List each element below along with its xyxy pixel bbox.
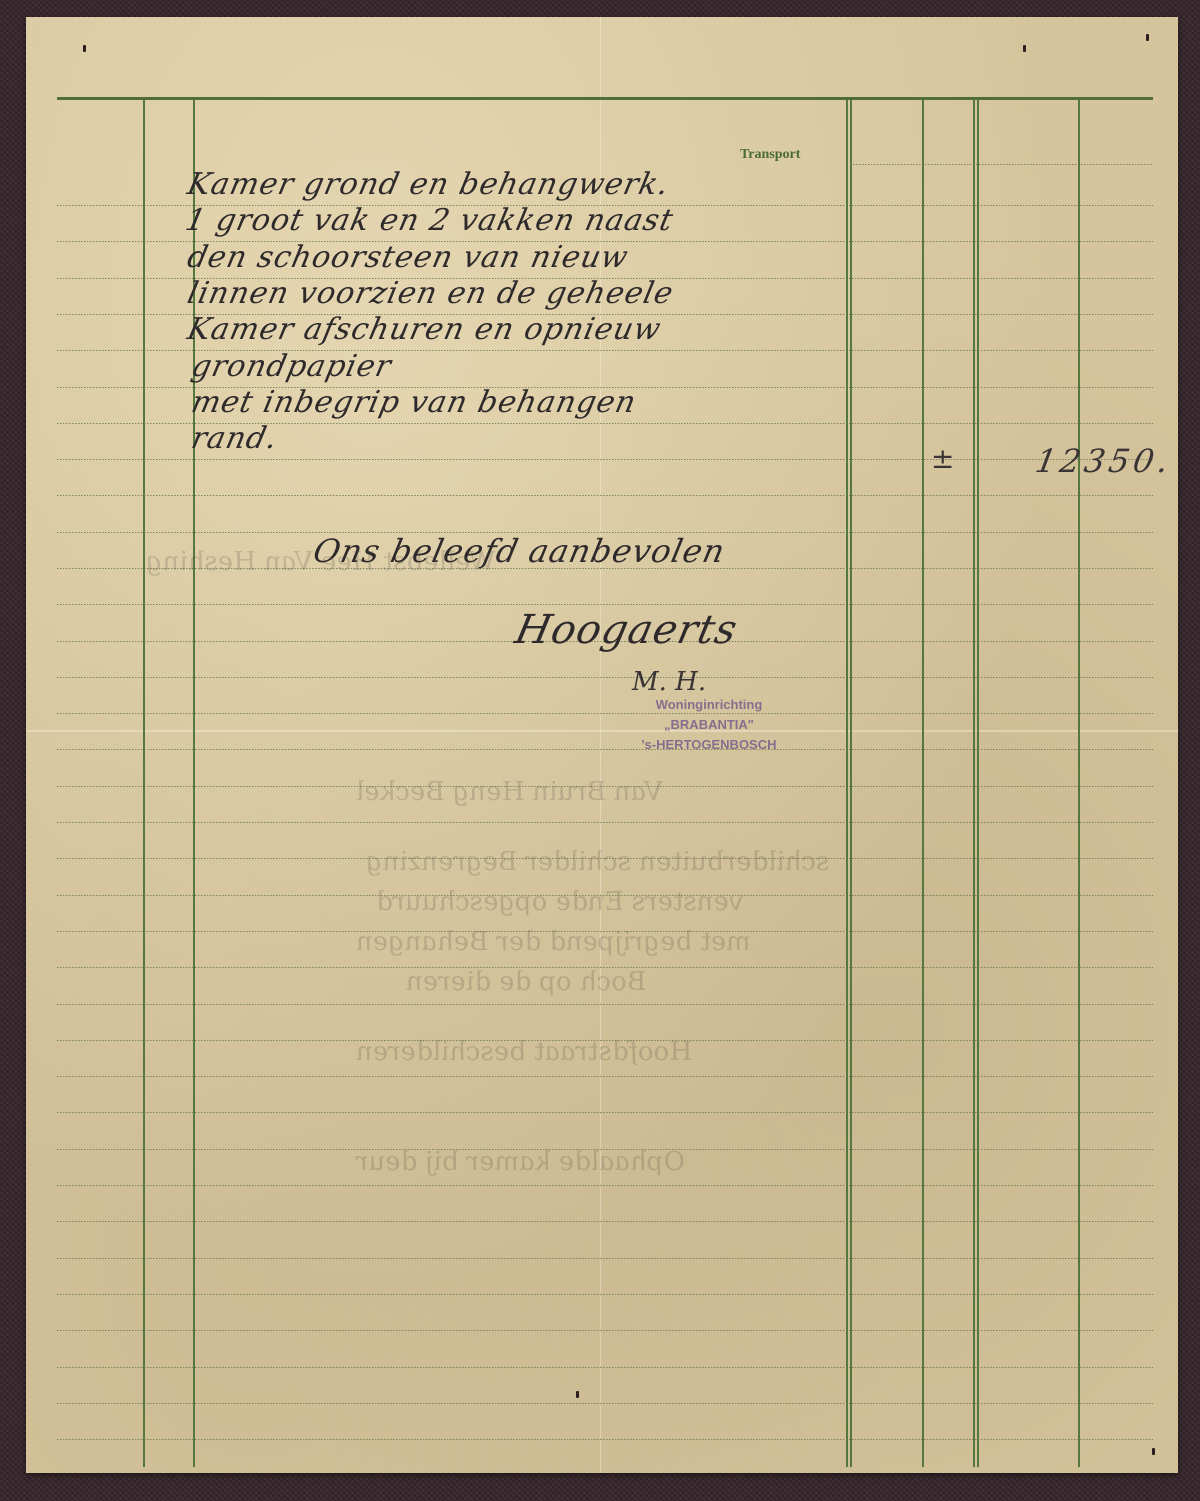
ruled-line — [57, 1403, 1153, 1404]
bleed-through-text: Hoofdstraat beschilderen — [353, 1037, 694, 1067]
ruled-line — [57, 1330, 1153, 1331]
body-line-6: grondpapier — [188, 349, 395, 384]
fold-crease-horizontal — [26, 730, 1178, 732]
invoice-paper: Transport Kamer grond en behangwerk. 1 g… — [26, 17, 1178, 1473]
amount-approx-sign: ± — [931, 442, 954, 475]
bleed-through-text: met begrijpend der Behangen — [353, 927, 753, 957]
stamp-line-1: Woninginrichting — [619, 695, 799, 715]
bleed-through-text: schilderbuiten schilder Begrenzing — [363, 847, 832, 877]
bleed-through-text: Boch op de dieren — [403, 967, 648, 997]
body-line-3: den schoorsteen van nieuw — [184, 240, 631, 275]
bleed-through-text: Wellebst Hee Van Heshing — [143, 547, 497, 577]
transport-label: Transport — [740, 147, 800, 163]
body-line-8: rand. — [188, 421, 281, 456]
ruled-line — [57, 1367, 1153, 1368]
body-line-2: 1 groot vak en 2 vakken naast — [182, 203, 676, 238]
ruled-line — [57, 459, 1153, 460]
column-line-3a — [846, 100, 848, 1467]
bleed-through-text: Ophaalde kamer bij deur — [353, 1147, 687, 1177]
body-line-5: Kamer afschuren en opnieuw — [184, 312, 664, 347]
stamp-line-2: „BRABANTIA" — [619, 715, 799, 735]
column-line-3b — [850, 100, 852, 1467]
ruled-line — [57, 1112, 1153, 1113]
signature: Hoogaerts — [511, 607, 742, 653]
ledger-top-border — [57, 97, 1153, 100]
column-line-5b — [977, 100, 979, 1467]
ruled-line — [57, 1185, 1153, 1186]
pin-hole — [1146, 34, 1149, 41]
column-line-5a — [973, 100, 975, 1467]
ruled-line — [57, 1221, 1153, 1222]
ruled-line — [57, 495, 1153, 496]
pin-hole — [1023, 45, 1026, 52]
company-stamp: Woninginrichting „BRABANTIA" 's-HERTOGEN… — [619, 695, 799, 755]
signature-initials: M. H. — [632, 667, 706, 697]
bleed-through-text: vensters Ende opgeschuurd — [373, 887, 746, 917]
amount-value: 12350. — [1033, 442, 1176, 480]
body-line-4: linnen voorzien en de geheele — [184, 276, 677, 311]
column-line-6 — [1078, 100, 1080, 1467]
ruled-line — [57, 677, 1153, 678]
bleed-through-text: Van Bruin Heng Beckel — [353, 777, 665, 807]
body-line-1: Kamer grond en behangwerk. — [184, 167, 672, 202]
ruled-line — [57, 1258, 1153, 1259]
ruled-line — [57, 1076, 1153, 1077]
column-line-4 — [922, 100, 924, 1467]
ruled-line — [57, 1439, 1153, 1440]
body-line-7: met inbegrip van behangen — [188, 385, 639, 420]
pin-hole — [1152, 1448, 1155, 1455]
ruled-line — [57, 713, 1153, 714]
ruled-line — [57, 604, 1153, 605]
ruled-line — [57, 1004, 1153, 1005]
ruled-line-transport — [850, 164, 1153, 165]
pin-hole — [83, 45, 86, 52]
ruled-line — [57, 822, 1153, 823]
column-line-1 — [143, 100, 145, 1467]
ruled-line — [57, 749, 1153, 750]
pin-hole — [576, 1391, 579, 1398]
stamp-line-3: 's-HERTOGENBOSCH — [619, 735, 799, 755]
ruled-line — [57, 1294, 1153, 1295]
